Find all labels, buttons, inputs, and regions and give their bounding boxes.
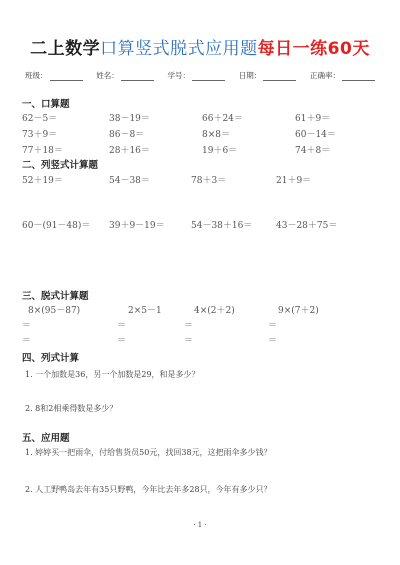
problem: 73＋9＝: [22, 127, 57, 140]
expression: 8×(95－87): [28, 303, 80, 316]
class-blank[interactable]: [50, 72, 83, 81]
date-field[interactable]: 日期：: [239, 70, 297, 81]
section-vertical-calc-heading: 二、列竖式计算题: [22, 157, 98, 171]
equals-sign: ＝: [117, 333, 126, 346]
problem: 86－8＝: [109, 127, 144, 140]
word-equation-question: 2. 8和2相乘得数是多少？: [25, 403, 117, 414]
worksheet-title: 二上数学口算竖式脱式应用题每日一练60天: [0, 34, 400, 59]
equals-sign: ＝: [268, 318, 277, 331]
equals-sign: ＝: [184, 318, 193, 331]
equals-sign: ＝: [117, 318, 126, 331]
problem: 77＋18＝: [22, 143, 63, 156]
problem: 78＋3＝: [191, 173, 226, 186]
date-label: 日期：: [239, 70, 262, 81]
student-info-bar: 班级： 姓名： 学号： 日期： 正确率：: [25, 70, 375, 81]
accuracy-blank[interactable]: [342, 72, 375, 81]
problem: 54－38＋16＝: [191, 218, 252, 231]
problem: 8×8＝: [202, 127, 230, 140]
section-word-equation-heading: 四、列式计算: [22, 350, 79, 364]
problem: 62－5＝: [22, 111, 57, 124]
section-word-problems-heading: 五、应用题: [22, 430, 70, 444]
problem: 54－38＝: [109, 173, 150, 186]
equals-sign: ＝: [184, 333, 193, 346]
problem: 74＋8＝: [295, 143, 330, 156]
student-id-blank[interactable]: [192, 72, 225, 81]
problem: 52＋19＝: [22, 173, 63, 186]
name-blank[interactable]: [121, 72, 154, 81]
equals-sign: ＝: [22, 333, 31, 346]
name-label: 姓名：: [96, 70, 119, 81]
expression: 9×(7＋2): [278, 303, 319, 316]
student-id-field[interactable]: 学号：: [168, 70, 226, 81]
expression: 2×5－1: [128, 303, 162, 316]
class-label: 班级：: [25, 70, 48, 81]
page-number: · 1 ·: [0, 521, 400, 529]
problem: 43－28＋75＝: [276, 218, 337, 231]
title-grade: 二上数学: [30, 39, 100, 59]
problem: 21＋9＝: [276, 173, 311, 186]
problem: 19＋6＝: [202, 143, 237, 156]
problem: 60－(91－48)＝: [22, 218, 90, 231]
equals-sign: ＝: [22, 318, 31, 331]
title-topics: 口算竖式脱式应用题: [100, 39, 258, 59]
accuracy-field[interactable]: 正确率：: [310, 70, 375, 81]
equals-sign: ＝: [268, 333, 277, 346]
date-blank[interactable]: [263, 72, 296, 81]
word-equation-question: 1. 一个加数是36，另一个加数是29，和是多少？: [25, 369, 200, 380]
section-step-calc-heading: 三、脱式计算题: [22, 288, 89, 302]
name-field[interactable]: 姓名：: [96, 70, 154, 81]
problem: 66＋24＝: [202, 111, 243, 124]
accuracy-label: 正确率：: [310, 70, 340, 81]
title-daily: 每日一练60天: [258, 39, 370, 59]
problem: 38－19＝: [109, 111, 150, 124]
section-mental-math-heading: 一、口算题: [22, 96, 70, 110]
word-problem-question: 1. 婷婷买一把雨伞，付给售货员50元，找回38元，这把雨伞多少钱？: [25, 447, 272, 458]
student-id-label: 学号：: [168, 70, 191, 81]
word-problem-question: 2. 人工野鸭岛去年有35只野鸭，今年比去年多28只，今年有多少只？: [25, 484, 272, 495]
problem: 39＋9－19＝: [109, 218, 165, 231]
problem: 61＋9＝: [295, 111, 330, 124]
problem: 28＋16＝: [109, 143, 150, 156]
expression: 4×(2＋2): [194, 303, 235, 316]
class-field[interactable]: 班级：: [25, 70, 83, 81]
problem: 60－14＝: [295, 127, 336, 140]
